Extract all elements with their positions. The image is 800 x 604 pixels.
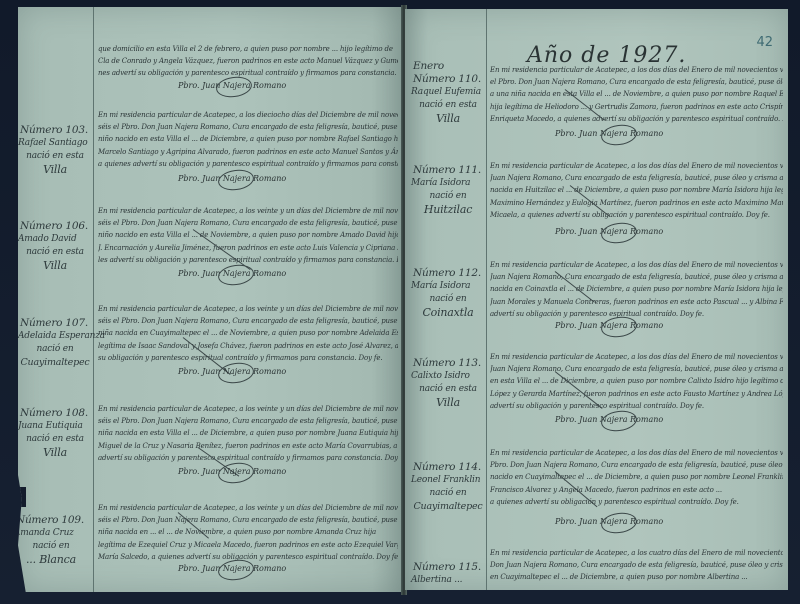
- signature-flourish: [217, 361, 255, 386]
- signature-flourish: [217, 263, 255, 288]
- entry-margin-107: Número 107. Adelaida Esperanza nació en …: [18, 317, 94, 369]
- entry-margin-112: Número 112. María Isidora nació en Coina…: [409, 267, 487, 319]
- entry-body-111: En mi residencia particular de Acatepec,…: [490, 160, 783, 221]
- right-page: 42 Año de 1927. Enero Número 110. Raquel…: [405, 9, 788, 590]
- signature-flourish: [600, 409, 638, 434]
- page-number: 42: [756, 35, 773, 50]
- entry-body-108: En mi residencia particular de Acatepec,…: [98, 403, 398, 464]
- entry-margin-103: Número 103. Rafael Santiago nació en est…: [18, 124, 94, 176]
- entry-body-107: En mi residencia particular de Acatepec,…: [98, 303, 398, 364]
- signature-flourish: [217, 168, 255, 193]
- torn-edge: [18, 487, 26, 507]
- signature-flourish: [600, 221, 638, 246]
- entry-margin-115: Número 115. Albertina ...: [409, 561, 487, 587]
- left-page: que domicilio en esta Villa el 2 de febr…: [18, 7, 403, 592]
- continuation-text: que domicilio en esta Villa el 2 de febr…: [98, 43, 398, 80]
- entry-body-103: En mi residencia particular de Acatepec,…: [98, 109, 398, 170]
- entry-margin-106: Número 106. Amado David nació en esta Vi…: [18, 220, 94, 272]
- entry-body-112: En mi residencia particular de Acatepec,…: [490, 259, 783, 320]
- entry-body-115: En mi residencia particular de Acatepec,…: [490, 547, 783, 584]
- entry-margin-111: Número 111. María Isidora nació en Huitz…: [409, 164, 487, 216]
- entry-body-113: En mi residencia particular de Acatepec,…: [490, 351, 783, 412]
- entry-body-110: En mi residencia particular de Acatepec,…: [490, 64, 783, 125]
- entry-margin-113: Número 113. Calixto Isidro nació en esta…: [409, 357, 487, 409]
- signature-flourish: [600, 123, 638, 148]
- entry-body-106: En mi residencia particular de Acatepec,…: [98, 205, 398, 266]
- entry-margin-110: Enero Número 110. Raquel Eufemia nació e…: [409, 60, 487, 125]
- signature-flourish: [600, 511, 638, 536]
- entry-body-114: En mi residencia particular de Acatepec,…: [490, 447, 783, 508]
- book-photo: que domicilio en esta Villa el 2 de febr…: [0, 0, 800, 604]
- entry-margin-114: Número 114. Leonel Franklin nació en Cua…: [409, 461, 487, 513]
- entry-margin-109: Número 109. Amanda Cruz nació en ... Bla…: [18, 514, 90, 566]
- margin-rule: [93, 7, 94, 592]
- entry-margin-108: Número 108. Juana Eutiquia nació en esta…: [18, 407, 94, 459]
- entry-body-109: En mi residencia particular de Acatepec,…: [98, 502, 398, 563]
